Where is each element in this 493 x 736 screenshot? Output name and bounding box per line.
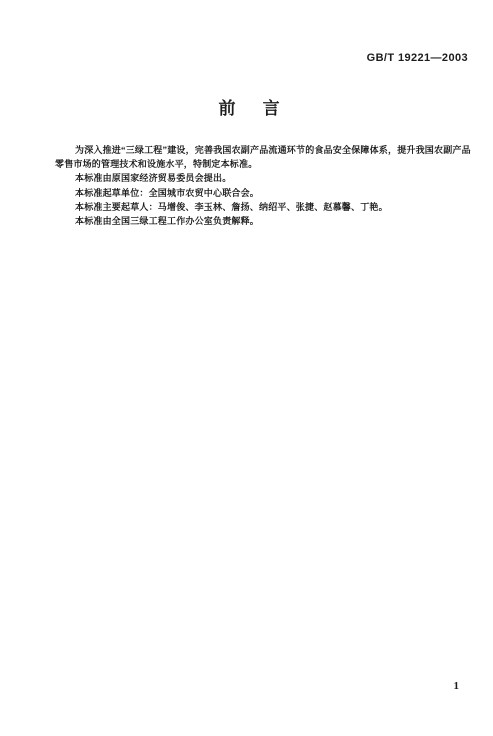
page-title: 前 言: [0, 94, 493, 119]
body-line: 零售市场的管理技术和设施水平，特制定本标准。: [55, 157, 469, 171]
foreword-body: 为深入推进“三绿工程”建设，完善我国农副产品流通环节的食品安全保障体系，提升我国…: [55, 143, 469, 228]
body-line: 本标准由全国三绿工程工作办公室负责解释。: [55, 214, 469, 228]
document-page: GB/T 19221—2003 前 言 为深入推进“三绿工程”建设，完善我国农副…: [0, 0, 493, 736]
body-line: 本标准由原国家经济贸易委员会提出。: [55, 171, 469, 185]
body-line: 本标准主要起草人：马增俊、李玉林、詹扬、纳绍平、张捷、赵慕馨、丁艳。: [55, 200, 469, 214]
body-line: 本标准起草单位：全国城市农贸中心联合会。: [55, 186, 469, 200]
body-line: 为深入推进“三绿工程”建设，完善我国农副产品流通环节的食品安全保障体系，提升我国…: [55, 143, 469, 157]
page-number: 1: [454, 680, 460, 692]
standard-code: GB/T 19221—2003: [367, 52, 468, 64]
